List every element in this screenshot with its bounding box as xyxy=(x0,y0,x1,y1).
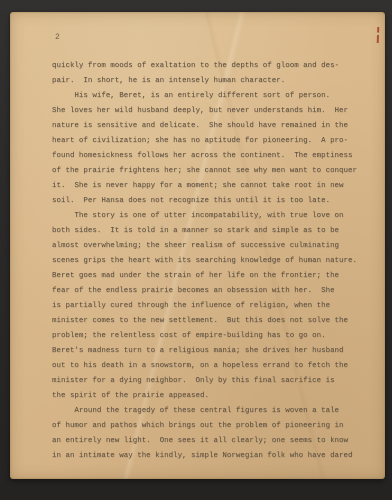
typewritten-line: scenes grips the heart with its searchin… xyxy=(52,254,374,269)
typewritten-line: of the prairie frightens her; she cannot… xyxy=(52,164,374,179)
typewritten-line: in an intimate way the kindly, simple No… xyxy=(52,449,374,464)
typewritten-line: almost overwhelming; the sheer realism o… xyxy=(52,239,374,254)
typewritten-line: an entirely new light. One sees it all c… xyxy=(52,434,374,449)
typewritten-line: soil. Per Hansa does not recognize this … xyxy=(52,194,374,209)
typewritten-line: Around the tragedy of these central figu… xyxy=(52,404,374,419)
typewritten-line: The story is one of utter incompatabilit… xyxy=(52,209,374,224)
typewritten-line: Beret's madness turn to a religious mani… xyxy=(52,344,374,359)
typewritten-line: fear of the endless prairie becomes an o… xyxy=(52,284,374,299)
photo-background: 2 quickly from moods of exaltation to th… xyxy=(0,0,392,500)
typewritten-line: minister for a dying neighbor. Only by t… xyxy=(52,374,374,389)
typewritten-line: minister comes to the new settlement. Bu… xyxy=(52,314,374,329)
typewritten-line: it. She is never happy for a moment; she… xyxy=(52,179,374,194)
typewritten-line: problem; the relentless cost of empire-b… xyxy=(52,329,374,344)
typewritten-line: quickly from moods of exaltation to the … xyxy=(52,59,374,74)
typewritten-line: both sides. It is told in a manner so st… xyxy=(52,224,374,239)
typewritten-line: His wife, Beret, is an entirely differen… xyxy=(52,89,374,104)
typewritten-line: is partially cured through the influence… xyxy=(52,299,374,314)
manuscript-page: 2 quickly from moods of exaltation to th… xyxy=(10,12,385,479)
typewritten-line: of humor and pathos which brings out the… xyxy=(52,419,374,434)
typewritten-text-block: quickly from moods of exaltation to the … xyxy=(52,59,374,464)
typewritten-line: pair. In short, he is an intensely human… xyxy=(52,74,374,89)
page-number: 2 xyxy=(55,33,60,42)
typewritten-line: She loves her wild husband deeply, but n… xyxy=(52,104,374,119)
typewritten-line: Beret goes mad under the strain of her l… xyxy=(52,269,374,284)
typewritten-line: heart of civilization; she has no aptitu… xyxy=(52,134,374,149)
typewritten-line: nature is sensitive and delicate. She sh… xyxy=(52,119,374,134)
typewritten-line: out to his death in a snowstorm, on a ho… xyxy=(52,359,374,374)
typewritten-line: found homesickness follows her across th… xyxy=(52,149,374,164)
red-pencil-mark xyxy=(377,27,380,43)
typewritten-line: the spirit of the prairie appeased. xyxy=(52,389,374,404)
